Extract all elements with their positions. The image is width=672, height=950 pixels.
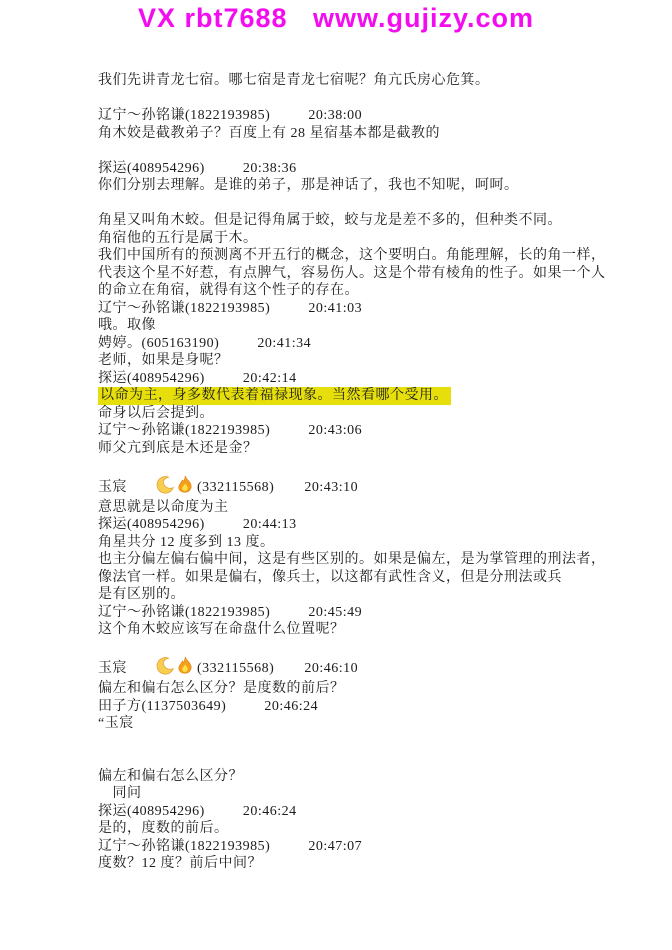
- chat-message-line: 哦。取像: [98, 317, 618, 335]
- blank-line: [98, 142, 618, 160]
- speaker-line: 玉宸(332115568)20:46:10: [98, 656, 618, 680]
- speaker-line: 辽宁～孙铭谦(1822193985)20:41:03: [98, 300, 618, 318]
- speaker-name: 探运(408954296): [98, 804, 205, 819]
- speaker-name: 玉宸: [98, 661, 127, 676]
- chat-message-line: “玉宸: [98, 715, 618, 733]
- timestamp: 20:45:49: [308, 605, 362, 620]
- chat-message-line: 这个角木蛟应该写在命盘什么位置呢？: [98, 621, 618, 639]
- speaker-name: 玉宸: [98, 480, 127, 495]
- chat-message-line: 是有区别的。: [98, 586, 618, 604]
- speaker-line: 玉宸(332115568)20:43:10: [98, 475, 618, 499]
- speaker-line: 田子方(1137503649)20:46:24: [98, 698, 618, 716]
- chat-message-line: 以命为主，身多数代表着福禄现象。当然看哪个受用。: [98, 387, 618, 405]
- timestamp: 20:42:14: [243, 371, 297, 386]
- speaker-line: 辽宁～孙铭谦(1822193985)20:45:49: [98, 604, 618, 622]
- speaker-name: 辽宁～孙铭谦(1822193985): [98, 839, 270, 854]
- speaker-name: 辽宁～孙铭谦(1822193985): [98, 108, 270, 123]
- speaker-id: (332115568): [197, 480, 274, 495]
- chat-message-line: 你们分别去理解。是谁的弟子，那是神话了，我也不知呢，呵呵。: [98, 177, 618, 195]
- timestamp: 20:46:10: [304, 661, 358, 676]
- blank-line: [98, 457, 618, 475]
- chat-message-line: 我们中国所有的预测离不开五行的概念，这个要明白。角能理解，长的角一样，: [98, 247, 618, 265]
- speaker-line: 辽宁～孙铭谦(1822193985)20:43:06: [98, 422, 618, 440]
- timestamp: 20:43:10: [304, 480, 358, 495]
- blank-line: [98, 639, 618, 657]
- blank-line: [98, 90, 618, 108]
- timestamp: 20:44:13: [243, 517, 297, 532]
- chat-message-line: 角木姣是截教弟子？百度上有 28 星宿基本都是截教的: [98, 125, 618, 143]
- timestamp: 20:41:34: [257, 336, 311, 351]
- blank-line: [98, 750, 618, 768]
- crescent-moon-icon: [155, 656, 175, 676]
- speaker-line: 探运(408954296)20:44:13: [98, 516, 618, 534]
- speaker-name: 探运(408954296): [98, 517, 205, 532]
- speaker-line: 辽宁～孙铭谦(1822193985)20:38:00: [98, 107, 618, 125]
- speaker-name: 辽宁～孙铭谦(1822193985): [98, 605, 270, 620]
- chat-message-line: 师父亢到底是木还是金？: [98, 440, 618, 458]
- chat-message-line: 是的，度数的前后。: [98, 820, 618, 838]
- chat-message-line: 同问: [98, 785, 618, 803]
- chat-message-line: 角星又叫角木蛟。但是记得角属于蛟，蛟与龙是差不多的，但种类不同。: [98, 212, 618, 230]
- speaker-line: 探运(408954296)20:42:14: [98, 370, 618, 388]
- chat-message-line: 角星共分 12 度多到 13 度。: [98, 534, 618, 552]
- chat-message-line: 命身以后会提到。: [98, 405, 618, 423]
- chat-message-line: 角宿他的五行是属于木。: [98, 230, 618, 248]
- speaker-line: 辽宁～孙铭谦(1822193985)20:47:07: [98, 838, 618, 856]
- chat-lines: 我们先讲青龙七宿。哪七宿是青龙七宿呢？角亢氏房心危箕。辽宁～孙铭谦(182219…: [98, 72, 618, 873]
- speaker-name: 辽宁～孙铭谦(1822193985): [98, 301, 270, 316]
- page: { "page": { "width": 672, "height": 950,…: [0, 0, 672, 950]
- timestamp: 20:43:06: [308, 423, 362, 438]
- speaker-name: 探运(408954296): [98, 161, 205, 176]
- highlighted-text: 以命为主，身多数代表着福禄现象。当然看哪个受用。: [98, 387, 451, 405]
- blank-line: [98, 195, 618, 213]
- chat-message-line: 偏左和偏右怎么区分？: [98, 768, 618, 786]
- chat-message-line: 代表这个星不好惹，有点脾气，容易伤人。这是个带有棱角的性子。如果一个人: [98, 265, 618, 283]
- timestamp: 20:38:00: [308, 108, 362, 123]
- chat-message-line: 偏左和偏右怎么区分？是度数的前后？: [98, 680, 618, 698]
- speaker-line: 探运(408954296)20:46:24: [98, 803, 618, 821]
- fire-icon: [175, 656, 195, 676]
- timestamp: 20:47:07: [308, 839, 362, 854]
- chat-message-line: 像法官一样。如果是偏右，像兵士，以这都有武性含义，但是分刑法或兵: [98, 569, 618, 587]
- speaker-line: 娉婷。(605163190)20:41:34: [98, 335, 618, 353]
- timestamp: 20:41:03: [308, 301, 362, 316]
- watermark-header: VX rbt7688 www.gujizy.com: [0, 0, 672, 36]
- blank-line: [98, 733, 618, 751]
- speaker-id: (332115568): [197, 661, 274, 676]
- chat-message-line: 意思就是以命度为主: [98, 499, 618, 517]
- timestamp: 20:38:36: [243, 161, 297, 176]
- chat-log: 我们先讲青龙七宿。哪七宿是青龙七宿呢？角亢氏房心危箕。辽宁～孙铭谦(182219…: [98, 72, 618, 873]
- chat-message-line: 的命立在角宿，就得有这个性子的存在。: [98, 282, 618, 300]
- chat-message-line: 度数？12 度？前后中间？: [98, 855, 618, 873]
- crescent-moon-icon: [155, 475, 175, 495]
- chat-message-line: 老师，如果是身呢？: [98, 352, 618, 370]
- speaker-name: 娉婷。(605163190): [98, 336, 219, 351]
- timestamp: 20:46:24: [264, 699, 318, 714]
- speaker-name: 探运(408954296): [98, 371, 205, 386]
- speaker-name: 田子方(1137503649): [98, 699, 226, 714]
- speaker-line: 探运(408954296)20:38:36: [98, 160, 618, 178]
- chat-message-line: 我们先讲青龙七宿。哪七宿是青龙七宿呢？角亢氏房心危箕。: [98, 72, 618, 90]
- timestamp: 20:46:24: [243, 804, 297, 819]
- chat-message-line: 也主分偏左偏右偏中间，这是有些区别的。如果是偏左，是为掌管理的刑法者，: [98, 551, 618, 569]
- fire-icon: [175, 475, 195, 495]
- speaker-name: 辽宁～孙铭谦(1822193985): [98, 423, 270, 438]
